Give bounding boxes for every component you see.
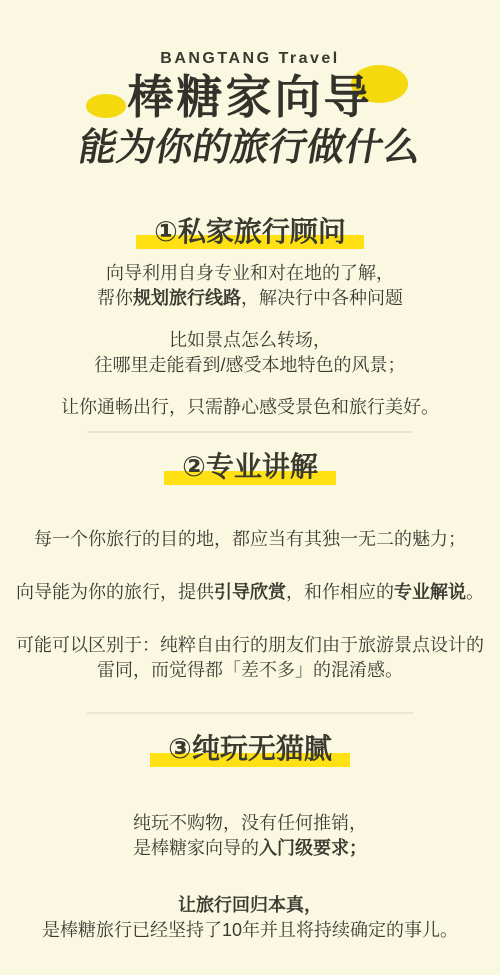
section-heading: ①私家旅行顾问 xyxy=(0,217,500,248)
section-heading: ②专业讲解 xyxy=(0,452,500,483)
heading-highlight: ③纯玩无猫腻 xyxy=(166,734,334,765)
text-segment-bold: 引导欣赏 xyxy=(214,582,286,602)
body-line: 雷同，而觉得都「差不多」的混淆感。 xyxy=(4,658,496,683)
heading-highlight: ①私家旅行顾问 xyxy=(152,217,348,248)
text-segment: ，解决行中各种问题 xyxy=(241,288,403,308)
section-body: 纯玩不购物，没有任何推销， 是棒糖家向导的入门级要求； 让旅行回归本真， 是棒糖… xyxy=(4,811,496,943)
section-heading-text: ②专业讲解 xyxy=(182,451,318,482)
section-heading-text: ③纯玩无猫腻 xyxy=(168,733,332,764)
section-divider xyxy=(87,431,413,433)
body-line: 是棒糖旅行已经坚持了10年并且将持续确定的事儿。 xyxy=(4,918,496,943)
text-segment: 可能可以区别于：纯粹自由行的朋友们由于旅游景点设计的 xyxy=(16,635,484,655)
text-segment: 向导利用自身专业和对在地的了解， xyxy=(106,263,394,283)
body-line: 比如景点怎么转场， xyxy=(4,328,496,353)
text-segment: 雷同，而觉得都「差不多」的混淆感。 xyxy=(97,660,403,680)
travel-promo-poster: BANGTANG Travel 棒糖家向导 能为你的旅行做什么 ①私家旅行顾问 … xyxy=(0,0,500,975)
section-private-travel-advisor: ①私家旅行顾问 向导利用自身专业和对在地的了解， 帮你规划旅行线路，解决行中各种… xyxy=(0,217,500,421)
text-segment-bold: 让旅行回归本真， xyxy=(178,895,322,915)
title-row: 棒糖家向导 xyxy=(0,73,500,123)
body-line: 可能可以区别于：纯粹自由行的朋友们由于旅游景点设计的 xyxy=(4,633,496,658)
body-line: 让旅行回归本真， xyxy=(4,893,496,918)
text-segment-bold: 入门级要求； xyxy=(259,838,367,858)
text-segment: 每一个你旅行的目的地，都应当有其独一无二的魅力； xyxy=(34,529,466,549)
section-professional-commentary: ②专业讲解 每一个你旅行的目的地，都应当有其独一无二的魅力； 向导能为你的旅行，… xyxy=(0,452,500,683)
main-title: 棒糖家向导 xyxy=(128,73,373,123)
text-segment: 。 xyxy=(466,582,484,602)
brand-text: BANGTANG Travel xyxy=(0,0,500,68)
text-segment: 是棒糖家向导的 xyxy=(133,838,259,858)
section-body: 向导利用自身专业和对在地的了解， 帮你规划旅行线路，解决行中各种问题 比如景点怎… xyxy=(4,261,496,420)
body-line: 帮你规划旅行线路，解决行中各种问题 xyxy=(4,286,496,311)
body-line: 是棒糖家向导的入门级要求； xyxy=(4,836,496,861)
main-subtitle: 能为你的旅行做什么 xyxy=(0,129,500,169)
section-divider xyxy=(87,712,413,714)
body-line: 让你通畅出行，只需静心感受景色和旅行美好。 xyxy=(4,395,496,420)
text-segment-bold: 规划旅行线路 xyxy=(133,288,241,308)
text-segment-bold: 专业解说 xyxy=(394,582,466,602)
section-heading: ③纯玩无猫腻 xyxy=(0,734,500,765)
text-segment: 比如景点怎么转场， xyxy=(169,330,331,350)
body-line: 向导利用自身专业和对在地的了解， xyxy=(4,261,496,286)
text-segment: 纯玩不购物，没有任何推销， xyxy=(133,813,367,833)
text-segment: 向导能为你的旅行，提供 xyxy=(16,582,214,602)
heading-highlight: ②专业讲解 xyxy=(180,452,320,483)
text-segment: 让你通畅出行，只需静心感受景色和旅行美好。 xyxy=(61,397,439,417)
text-segment: 帮你 xyxy=(97,288,133,308)
body-line: 每一个你旅行的目的地，都应当有其独一无二的魅力； xyxy=(4,527,496,552)
text-segment: 往哪里走能看到/感受本地特色的风景； xyxy=(95,355,406,375)
text-segment: ，和作相应的 xyxy=(286,582,394,602)
body-line: 往哪里走能看到/感受本地特色的风景； xyxy=(4,353,496,378)
body-line: 纯玩不购物，没有任何推销， xyxy=(4,811,496,836)
section-heading-text: ①私家旅行顾问 xyxy=(154,216,346,247)
text-segment: 是棒糖旅行已经坚持了10年并且将持续确定的事儿。 xyxy=(42,920,458,940)
section-pure-play-no-tricks: ③纯玩无猫腻 纯玩不购物，没有任何推销， 是棒糖家向导的入门级要求； 让旅行回归… xyxy=(0,734,500,943)
section-body: 每一个你旅行的目的地，都应当有其独一无二的魅力； 向导能为你的旅行，提供引导欣赏… xyxy=(4,527,496,683)
body-line: 向导能为你的旅行，提供引导欣赏，和作相应的专业解说。 xyxy=(4,580,496,605)
